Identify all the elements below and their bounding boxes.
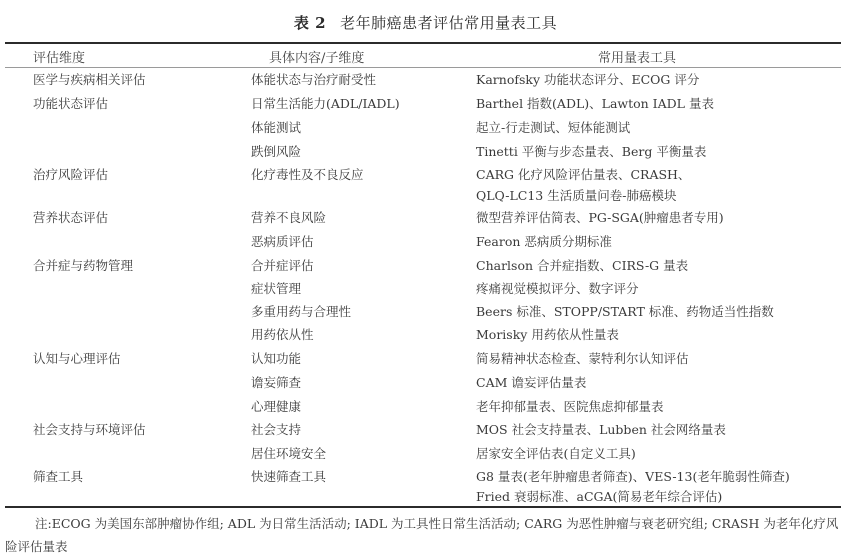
cell-tools: 简易精神状态检查、蒙特利尔认知评估 bbox=[476, 349, 689, 367]
cell-content: 体能状态与治疗耐受性 bbox=[251, 70, 376, 88]
cell-tools-line2: Fried 衰弱标准、aCGA(简易老年综合评估) bbox=[476, 487, 722, 505]
cell-content: 营养不良风险 bbox=[251, 208, 326, 226]
cell-tools: 疼痛视觉模拟评分、数字评分 bbox=[476, 279, 639, 297]
cell-tools: Charlson 合并症指数、CIRS-G 量表 bbox=[476, 256, 688, 274]
cell-content: 社会支持 bbox=[251, 420, 301, 438]
cell-content: 谵妄筛查 bbox=[251, 373, 301, 391]
cell-dimension: 功能状态评估 bbox=[33, 94, 108, 112]
table-row: 居住环境安全 居家安全评估表(自定义工具) bbox=[0, 444, 851, 468]
header-tools: 常用量表工具 bbox=[598, 47, 676, 66]
table-row: 症状管理 疼痛视觉模拟评分、数字评分 bbox=[0, 279, 851, 303]
table-footnote: 注:ECOG 为美国东部肿瘤协作组; ADL 为日常生活活动; IADL 为工具… bbox=[5, 512, 845, 558]
cell-content: 用药依从性 bbox=[251, 325, 314, 343]
table-row: 功能状态评估 日常生活能力(ADL/IADL) Barthel 指数(ADL)、… bbox=[0, 94, 851, 118]
cell-content: 心理健康 bbox=[251, 397, 301, 415]
table-row: 医学与疾病相关评估 体能状态与治疗耐受性 Karnofsky 功能状态评分、EC… bbox=[0, 70, 851, 94]
cell-tools: CARG 化疗风险评估量表、CRASH、 bbox=[476, 165, 690, 183]
top-rule bbox=[5, 42, 841, 44]
cell-content: 症状管理 bbox=[251, 279, 301, 297]
cell-tools: Karnofsky 功能状态评分、ECOG 评分 bbox=[476, 70, 699, 88]
cell-content: 多重用药与合理性 bbox=[251, 302, 351, 320]
cell-dimension: 合并症与药物管理 bbox=[33, 256, 133, 274]
cell-content: 认知功能 bbox=[251, 349, 301, 367]
cell-tools: 居家安全评估表(自定义工具) bbox=[476, 444, 636, 462]
table-row: 跌倒风险 Tinetti 平衡与步态量表、Berg 平衡量表 bbox=[0, 142, 851, 166]
cell-dimension: 医学与疾病相关评估 bbox=[33, 70, 146, 88]
table-row: 认知与心理评估 认知功能 简易精神状态检查、蒙特利尔认知评估 bbox=[0, 349, 851, 373]
table-row: 体能测试 起立-行走测试、短体能测试 bbox=[0, 118, 851, 142]
table-row: 多重用药与合理性 Beers 标准、STOPP/START 标准、药物适当性指数 bbox=[0, 302, 851, 326]
bottom-rule bbox=[5, 506, 841, 508]
header-dimension: 评估维度 bbox=[33, 47, 85, 66]
cell-dimension: 营养状态评估 bbox=[33, 208, 108, 226]
cell-content: 恶病质评估 bbox=[251, 232, 314, 250]
table-row-continuation: QLQ-LC13 生活质量问卷-肺癌模块 bbox=[0, 186, 851, 210]
header-rule bbox=[5, 67, 841, 68]
cell-tools: 老年抑郁量表、医院焦虑抑郁量表 bbox=[476, 397, 664, 415]
table-caption: 表 2老年肺癌患者评估常用量表工具 bbox=[0, 12, 851, 33]
table-title: 老年肺癌患者评估常用量表工具 bbox=[340, 14, 557, 32]
cell-content: 化疗毒性及不良反应 bbox=[251, 165, 364, 183]
table-row: 社会支持与环境评估 社会支持 MOS 社会支持量表、Lubben 社会网络量表 bbox=[0, 420, 851, 444]
cell-content: 体能测试 bbox=[251, 118, 301, 136]
cell-tools: Fearon 恶病质分期标准 bbox=[476, 232, 612, 250]
cell-tools: Morisky 用药依从性量表 bbox=[476, 325, 619, 343]
table-row: 谵妄筛查 CAM 谵妄评估量表 bbox=[0, 373, 851, 397]
table-row: 恶病质评估 Fearon 恶病质分期标准 bbox=[0, 232, 851, 256]
cell-tools: Beers 标准、STOPP/START 标准、药物适当性指数 bbox=[476, 302, 774, 320]
cell-content: 快速筛查工具 bbox=[251, 467, 326, 485]
cell-dimension: 筛查工具 bbox=[33, 467, 83, 485]
cell-dimension: 治疗风险评估 bbox=[33, 165, 108, 183]
table-number: 表 2 bbox=[294, 14, 326, 32]
cell-content: 合并症评估 bbox=[251, 256, 314, 274]
cell-tools: Tinetti 平衡与步态量表、Berg 平衡量表 bbox=[476, 142, 706, 160]
cell-dimension: 认知与心理评估 bbox=[33, 349, 121, 367]
table-row: 合并症与药物管理 合并症评估 Charlson 合并症指数、CIRS-G 量表 bbox=[0, 256, 851, 280]
cell-tools-line2: QLQ-LC13 生活质量问卷-肺癌模块 bbox=[476, 186, 676, 204]
cell-tools: MOS 社会支持量表、Lubben 社会网络量表 bbox=[476, 420, 726, 438]
table-row: 心理健康 老年抑郁量表、医院焦虑抑郁量表 bbox=[0, 397, 851, 421]
cell-tools: CAM 谵妄评估量表 bbox=[476, 373, 586, 391]
cell-tools: 微型营养评估简表、PG-SGA(肿瘤患者专用) bbox=[476, 208, 724, 226]
cell-content: 跌倒风险 bbox=[251, 142, 301, 160]
cell-content: 居住环境安全 bbox=[251, 444, 326, 462]
cell-dimension: 社会支持与环境评估 bbox=[33, 420, 146, 438]
cell-tools: 起立-行走测试、短体能测试 bbox=[476, 118, 630, 136]
table-row: 营养状态评估 营养不良风险 微型营养评估简表、PG-SGA(肿瘤患者专用) bbox=[0, 208, 851, 232]
table-row: 用药依从性 Morisky 用药依从性量表 bbox=[0, 325, 851, 349]
cell-content: 日常生活能力(ADL/IADL) bbox=[251, 94, 400, 112]
cell-tools: Barthel 指数(ADL)、Lawton IADL 量表 bbox=[476, 94, 714, 112]
cell-tools: G8 量表(老年肿瘤患者筛查)、VES-13(老年脆弱性筛查) bbox=[476, 467, 790, 485]
header-content: 具体内容/子维度 bbox=[269, 47, 364, 66]
